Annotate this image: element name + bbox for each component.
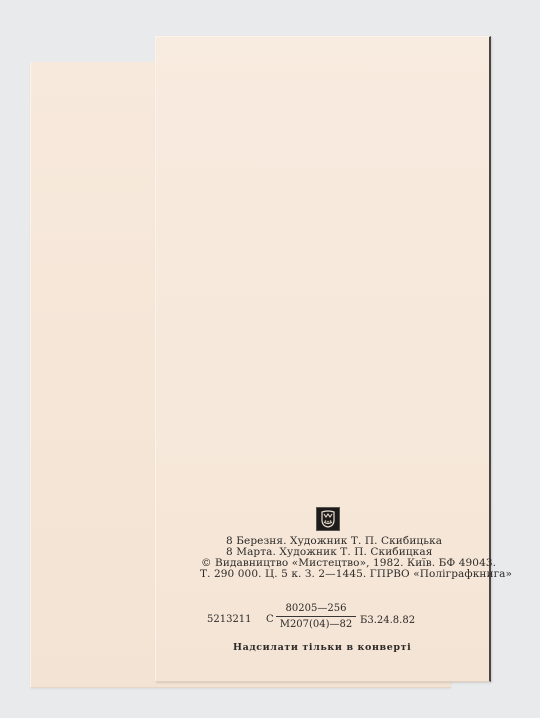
catalog-code-numerator: 80205—256 [276,603,356,617]
catalog-code-prefix: С [266,614,274,625]
catalog-code-left: 5213211 [207,614,252,625]
catalog-code-denominator: М207(04)—82 [276,617,356,630]
publisher-emblem-icon [316,507,340,531]
catalog-code-fraction: 80205—256 М207(04)—82 [276,603,356,630]
front-postcard: 8 Березня. Художник Т. П. Скибицька 8 Ма… [155,36,491,682]
catalog-code-right: Б3.24.8.82 [360,615,415,626]
envelope-notice: Надсилати тільки в конверті [233,642,411,653]
imprint-line-print-run: Т. 290 000. Ц. 5 к. З. 2—1445. ГПРВО «По… [200,569,512,581]
